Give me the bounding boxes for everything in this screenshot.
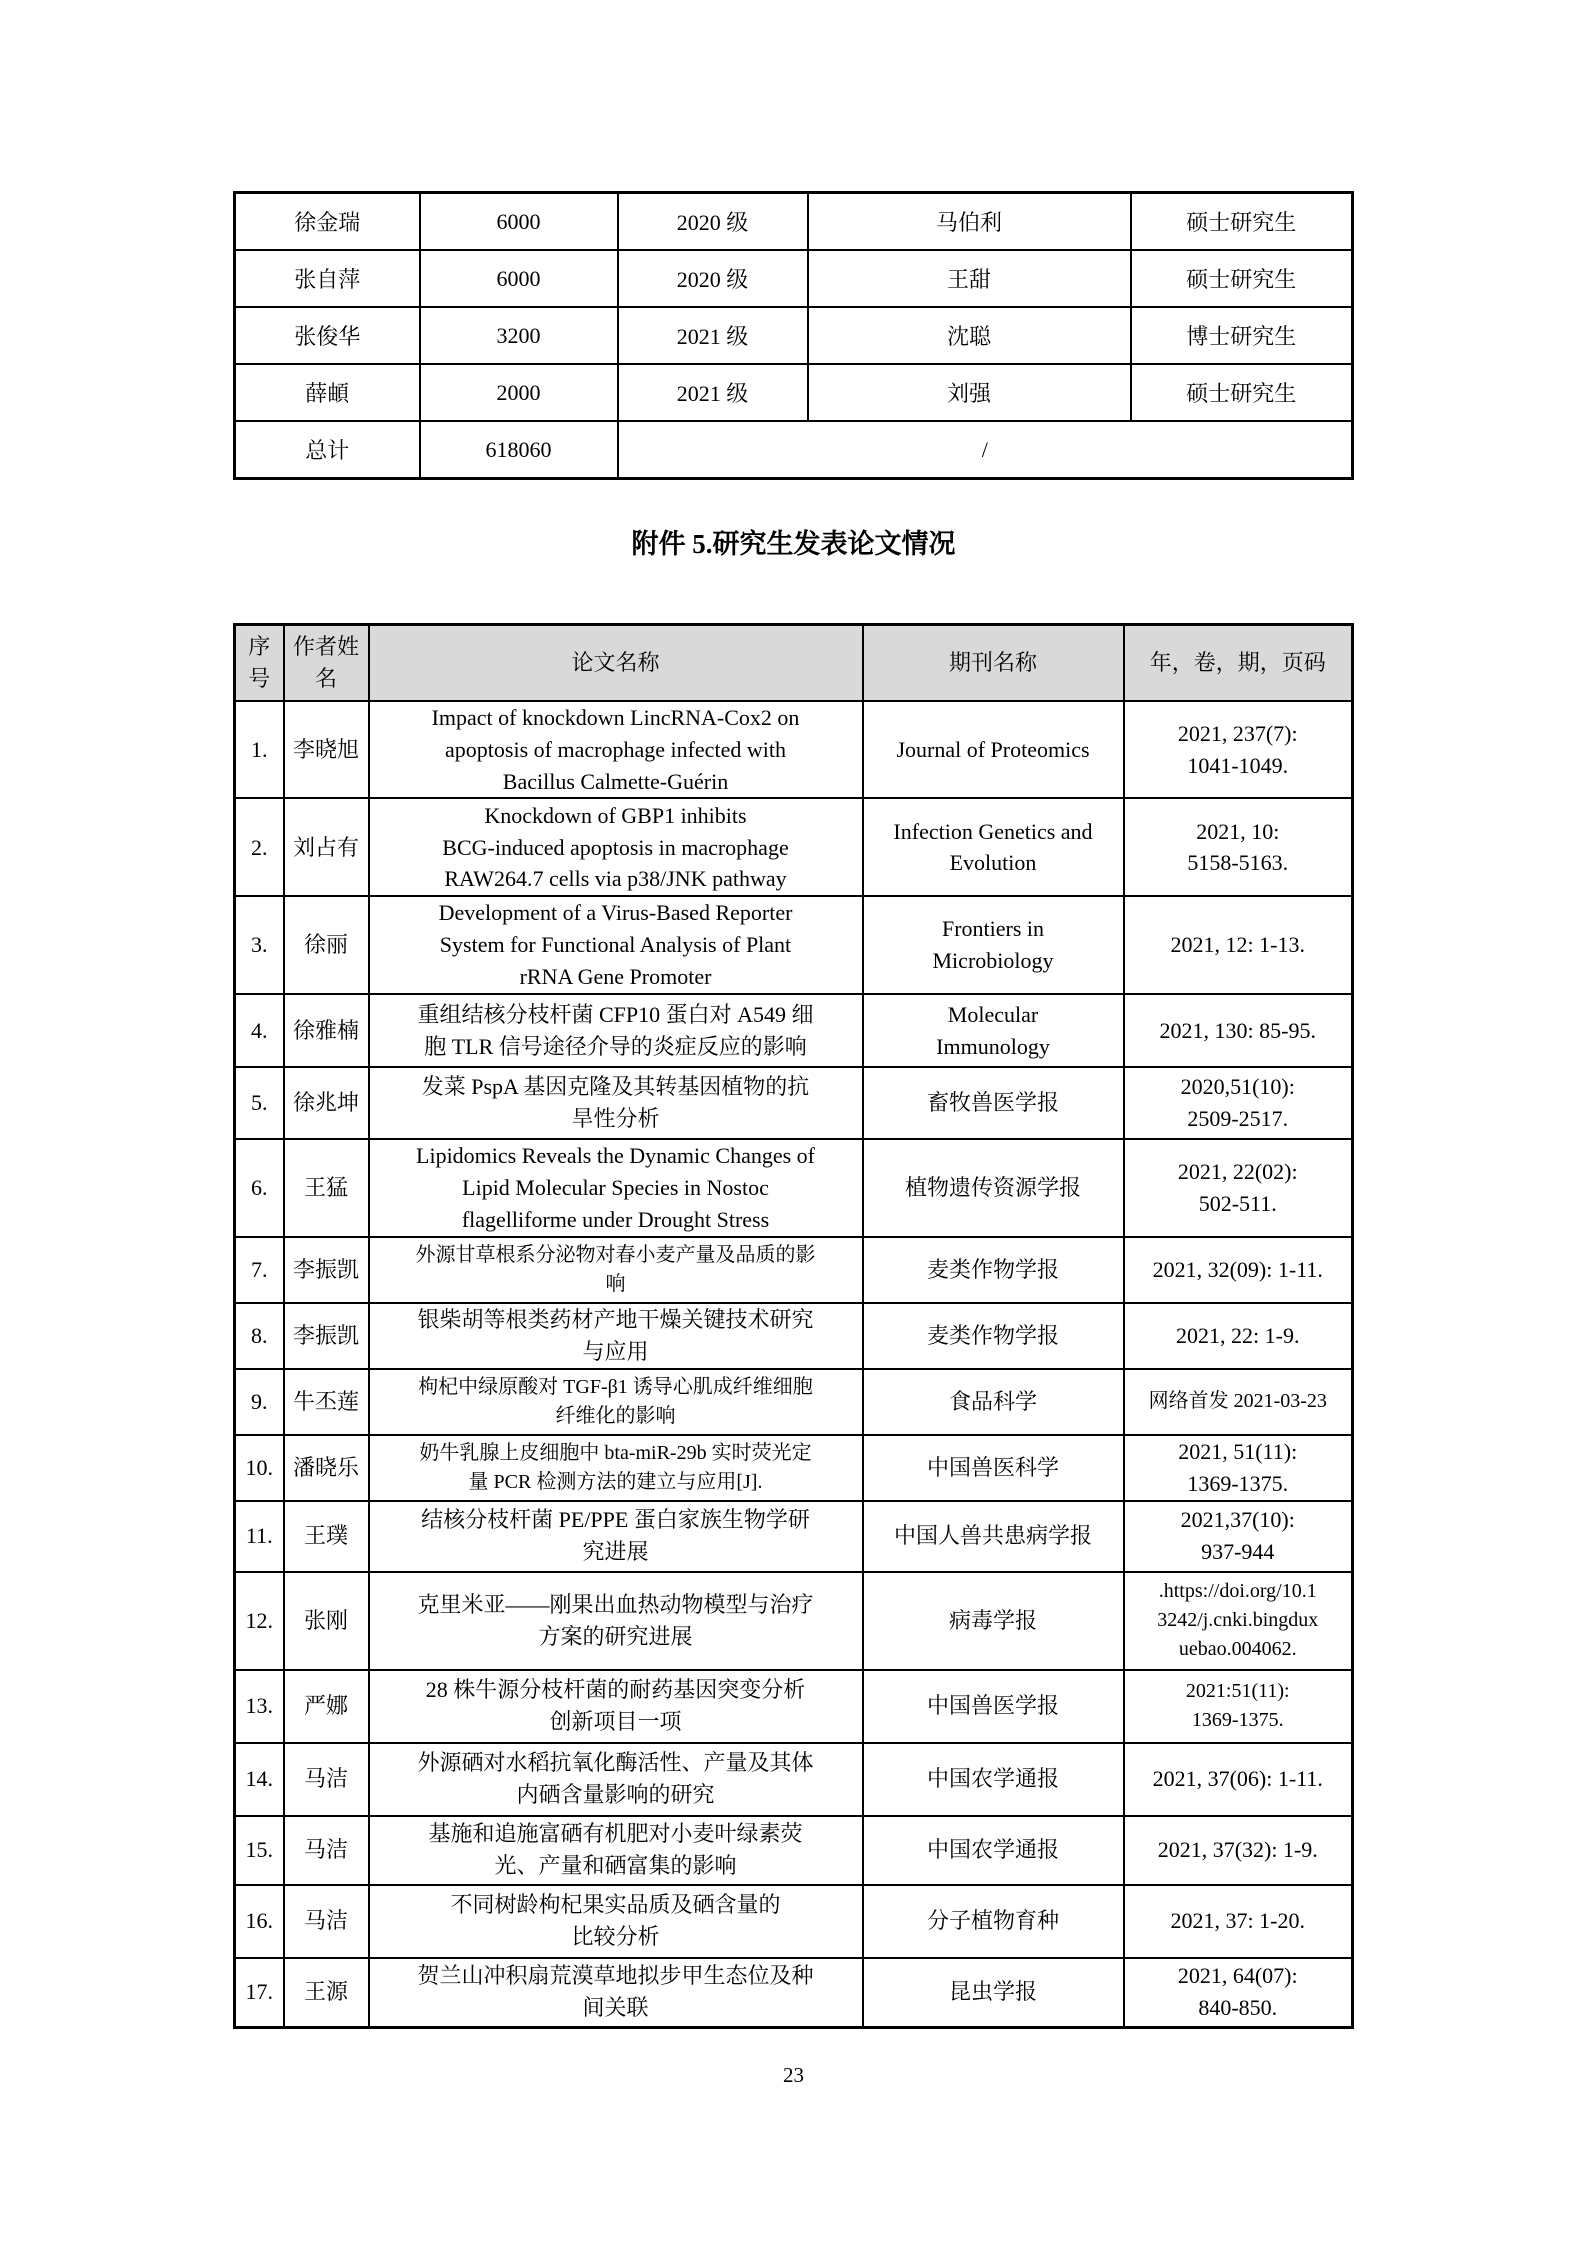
- paper-no: 15.: [235, 1816, 284, 1885]
- paper-title: 克里米亚——刚果出血热动物模型与治疗 方案的研究进展: [369, 1572, 863, 1670]
- papers-header-journal: 期刊名称: [863, 624, 1124, 701]
- paper-title: 发菜 PspA 基因克隆及其转基因植物的抗 旱性分析: [369, 1067, 863, 1139]
- paper-no: 12.: [235, 1572, 284, 1670]
- funding-cell-type: 硕士研究生: [1131, 364, 1353, 421]
- funding-cell-grade: 2021 级: [618, 364, 808, 421]
- document-page: 徐金瑞60002020 级马伯利硕士研究生张自萍60002020 级王甜硕士研究…: [0, 0, 1587, 2245]
- paper-ref: 2021, 12: 1-13.: [1124, 896, 1353, 994]
- paper-row: 3.徐丽Development of a Virus-Based Reporte…: [235, 896, 1353, 994]
- funding-row: 徐金瑞60002020 级马伯利硕士研究生: [235, 193, 1353, 251]
- funding-cell-amount: 6000: [420, 250, 618, 307]
- paper-row: 16.马洁不同树龄枸杞果实品质及硒含量的 比较分析分子植物育种2021, 37:…: [235, 1885, 1353, 1958]
- funding-row: 薛頔20002021 级刘强硕士研究生: [235, 364, 1353, 421]
- funding-cell-grade: 2020 级: [618, 193, 808, 251]
- paper-journal: 麦类作物学报: [863, 1303, 1124, 1369]
- paper-title: 枸杞中绿原酸对 TGF-β1 诱导心肌成纤维细胞 纤维化的影响: [369, 1369, 863, 1435]
- paper-author: 马洁: [284, 1743, 369, 1816]
- paper-no: 13.: [235, 1670, 284, 1743]
- paper-title: 外源甘草根系分泌物对春小麦产量及品质的影 响: [369, 1237, 863, 1303]
- paper-no: 11.: [235, 1501, 284, 1572]
- paper-ref: 2021,37(10): 937-944: [1124, 1501, 1353, 1572]
- funding-cell-supervisor: 王甜: [808, 250, 1131, 307]
- paper-row: 12.张刚克里米亚——刚果出血热动物模型与治疗 方案的研究进展病毒学报.http…: [235, 1572, 1353, 1670]
- paper-title: 重组结核分枝杆菌 CFP10 蛋白对 A549 细 胞 TLR 信号途径介导的炎…: [369, 994, 863, 1067]
- paper-author: 马洁: [284, 1816, 369, 1885]
- paper-ref: 2021, 32(09): 1-11.: [1124, 1237, 1353, 1303]
- paper-row: 8.李振凯银柴胡等根类药材产地干燥关键技术研究 与应用麦类作物学报2021, 2…: [235, 1303, 1353, 1369]
- paper-row: 9.牛丕莲枸杞中绿原酸对 TGF-β1 诱导心肌成纤维细胞 纤维化的影响食品科学…: [235, 1369, 1353, 1435]
- paper-journal: Frontiers in Microbiology: [863, 896, 1124, 994]
- paper-no: 4.: [235, 994, 284, 1067]
- paper-no: 5.: [235, 1067, 284, 1139]
- paper-author: 马洁: [284, 1885, 369, 1958]
- funding-cell-supervisor: 刘强: [808, 364, 1131, 421]
- paper-row: 2.刘占有Knockdown of GBP1 inhibits BCG-indu…: [235, 798, 1353, 896]
- paper-author: 严娜: [284, 1670, 369, 1743]
- funding-cell-supervisor: 马伯利: [808, 193, 1131, 251]
- paper-author: 刘占有: [284, 798, 369, 896]
- paper-ref: 2020,51(10): 2509-2517.: [1124, 1067, 1353, 1139]
- paper-ref: 2021, 130: 85-95.: [1124, 994, 1353, 1067]
- paper-no: 10.: [235, 1435, 284, 1501]
- paper-journal: 中国农学通报: [863, 1743, 1124, 1816]
- paper-title: 基施和追施富硒有机肥对小麦叶绿素荧 光、产量和硒富集的影响: [369, 1816, 863, 1885]
- papers-header-ref: 年，卷，期，页码: [1124, 624, 1353, 701]
- paper-journal: 中国农学通报: [863, 1816, 1124, 1885]
- paper-ref: 2021, 37(32): 1-9.: [1124, 1816, 1353, 1885]
- funding-total-label: 总计: [235, 421, 420, 479]
- paper-no: 6.: [235, 1139, 284, 1237]
- paper-ref: .https://doi.org/10.1 3242/j.cnki.bingdu…: [1124, 1572, 1353, 1670]
- paper-journal: 中国兽医学报: [863, 1670, 1124, 1743]
- funding-total-rest: /: [618, 421, 1353, 479]
- paper-title: 结核分枝杆菌 PE/PPE 蛋白家族生物学研 究进展: [369, 1501, 863, 1572]
- paper-journal: 昆虫学报: [863, 1958, 1124, 2028]
- paper-no: 3.: [235, 896, 284, 994]
- funding-total-row: 总计618060/: [235, 421, 1353, 479]
- paper-author: 徐兆坤: [284, 1067, 369, 1139]
- paper-journal: Journal of Proteomics: [863, 701, 1124, 799]
- paper-journal: 分子植物育种: [863, 1885, 1124, 1958]
- attachment-heading: 附件 5.研究生发表论文情况: [0, 526, 1587, 564]
- funding-total-amount: 618060: [420, 421, 618, 479]
- paper-author: 李振凯: [284, 1303, 369, 1369]
- funding-cell-supervisor: 沈聪: [808, 307, 1131, 364]
- paper-journal: 病毒学报: [863, 1572, 1124, 1670]
- funding-row: 张自萍60002020 级王甜硕士研究生: [235, 250, 1353, 307]
- funding-cell-type: 硕士研究生: [1131, 250, 1353, 307]
- paper-ref: 2021, 64(07): 840-850.: [1124, 1958, 1353, 2028]
- funding-cell-amount: 2000: [420, 364, 618, 421]
- paper-title: 贺兰山冲积扇荒漠草地拟步甲生态位及种 间关联: [369, 1958, 863, 2028]
- funding-cell-name: 薛頔: [235, 364, 420, 421]
- papers-header-no: 序号: [235, 624, 284, 701]
- paper-no: 7.: [235, 1237, 284, 1303]
- paper-author: 李振凯: [284, 1237, 369, 1303]
- paper-ref: 2021, 22(02): 502-511.: [1124, 1139, 1353, 1237]
- papers-table-header-row: 序号作者姓名论文名称期刊名称年，卷，期，页码: [235, 624, 1353, 701]
- paper-journal: 食品科学: [863, 1369, 1124, 1435]
- paper-row: 1.李晓旭Impact of knockdown LincRNA-Cox2 on…: [235, 701, 1353, 799]
- paper-author: 牛丕莲: [284, 1369, 369, 1435]
- papers-table-body: 1.李晓旭Impact of knockdown LincRNA-Cox2 on…: [235, 701, 1353, 2028]
- paper-row: 17.王源贺兰山冲积扇荒漠草地拟步甲生态位及种 间关联昆虫学报2021, 64(…: [235, 1958, 1353, 2028]
- paper-ref: 2021, 22: 1-9.: [1124, 1303, 1353, 1369]
- paper-title: 28 株牛源分枝杆菌的耐药基因突变分析 创新项目一项: [369, 1670, 863, 1743]
- paper-journal: Molecular Immunology: [863, 994, 1124, 1067]
- funding-table-body: 徐金瑞60002020 级马伯利硕士研究生张自萍60002020 级王甜硕士研究…: [235, 193, 1353, 479]
- paper-title: 银柴胡等根类药材产地干燥关键技术研究 与应用: [369, 1303, 863, 1369]
- paper-journal: 中国兽医科学: [863, 1435, 1124, 1501]
- paper-author: 张刚: [284, 1572, 369, 1670]
- paper-journal: 畜牧兽医学报: [863, 1067, 1124, 1139]
- funding-cell-type: 博士研究生: [1131, 307, 1353, 364]
- paper-title: Impact of knockdown LincRNA-Cox2 on apop…: [369, 701, 863, 799]
- paper-row: 13.严娜28 株牛源分枝杆菌的耐药基因突变分析 创新项目一项中国兽医学报202…: [235, 1670, 1353, 1743]
- paper-ref: 2021, 10: 5158-5163.: [1124, 798, 1353, 896]
- paper-ref: 2021:51(11): 1369-1375.: [1124, 1670, 1353, 1743]
- paper-title: 奶牛乳腺上皮细胞中 bta-miR-29b 实时荧光定 量 PCR 检测方法的建…: [369, 1435, 863, 1501]
- paper-no: 2.: [235, 798, 284, 896]
- paper-ref: 网络首发 2021-03-23: [1124, 1369, 1353, 1435]
- paper-row: 5.徐兆坤发菜 PspA 基因克隆及其转基因植物的抗 旱性分析畜牧兽医学报202…: [235, 1067, 1353, 1139]
- paper-no: 17.: [235, 1958, 284, 2028]
- paper-journal: 植物遗传资源学报: [863, 1139, 1124, 1237]
- paper-journal: 麦类作物学报: [863, 1237, 1124, 1303]
- paper-row: 7.李振凯外源甘草根系分泌物对春小麦产量及品质的影 响麦类作物学报2021, 3…: [235, 1237, 1353, 1303]
- paper-no: 16.: [235, 1885, 284, 1958]
- funding-cell-type: 硕士研究生: [1131, 193, 1353, 251]
- paper-title: Lipidomics Reveals the Dynamic Changes o…: [369, 1139, 863, 1237]
- paper-ref: 2021, 37: 1-20.: [1124, 1885, 1353, 1958]
- paper-author: 王璞: [284, 1501, 369, 1572]
- funding-cell-amount: 6000: [420, 193, 618, 251]
- paper-title: Knockdown of GBP1 inhibits BCG-induced a…: [369, 798, 863, 896]
- paper-title: 不同树龄枸杞果实品质及硒含量的 比较分析: [369, 1885, 863, 1958]
- papers-header-author: 作者姓名: [284, 624, 369, 701]
- funding-cell-grade: 2021 级: [618, 307, 808, 364]
- paper-ref: 2021, 237(7): 1041-1049.: [1124, 701, 1353, 799]
- paper-row: 15.马洁基施和追施富硒有机肥对小麦叶绿素荧 光、产量和硒富集的影响中国农学通报…: [235, 1816, 1353, 1885]
- paper-author: 潘晓乐: [284, 1435, 369, 1501]
- paper-no: 9.: [235, 1369, 284, 1435]
- paper-author: 徐丽: [284, 896, 369, 994]
- paper-row: 11.王璞结核分枝杆菌 PE/PPE 蛋白家族生物学研 究进展中国人兽共患病学报…: [235, 1501, 1353, 1572]
- paper-author: 王源: [284, 1958, 369, 2028]
- paper-ref: 2021, 51(11): 1369-1375.: [1124, 1435, 1353, 1501]
- paper-author: 李晓旭: [284, 701, 369, 799]
- paper-title: Development of a Virus-Based Reporter Sy…: [369, 896, 863, 994]
- paper-row: 14.马洁外源硒对水稻抗氧化酶活性、产量及其体 内硒含量影响的研究中国农学通报2…: [235, 1743, 1353, 1816]
- paper-row: 6.王猛Lipidomics Reveals the Dynamic Chang…: [235, 1139, 1353, 1237]
- paper-no: 1.: [235, 701, 284, 799]
- paper-ref: 2021, 37(06): 1-11.: [1124, 1743, 1353, 1816]
- paper-row: 10.潘晓乐奶牛乳腺上皮细胞中 bta-miR-29b 实时荧光定 量 PCR …: [235, 1435, 1353, 1501]
- paper-row: 4.徐雅楠重组结核分枝杆菌 CFP10 蛋白对 A549 细 胞 TLR 信号途…: [235, 994, 1353, 1067]
- paper-journal: 中国人兽共患病学报: [863, 1501, 1124, 1572]
- funding-cell-grade: 2020 级: [618, 250, 808, 307]
- funding-cell-name: 张俊华: [235, 307, 420, 364]
- funding-cell-amount: 3200: [420, 307, 618, 364]
- papers-header-title: 论文名称: [369, 624, 863, 701]
- paper-author: 徐雅楠: [284, 994, 369, 1067]
- paper-no: 8.: [235, 1303, 284, 1369]
- funding-cell-name: 徐金瑞: [235, 193, 420, 251]
- funding-table: 徐金瑞60002020 级马伯利硕士研究生张自萍60002020 级王甜硕士研究…: [233, 191, 1354, 480]
- funding-row: 张俊华32002021 级沈聪博士研究生: [235, 307, 1353, 364]
- papers-table: 序号作者姓名论文名称期刊名称年，卷，期，页码 1.李晓旭Impact of kn…: [233, 623, 1354, 2029]
- paper-author: 王猛: [284, 1139, 369, 1237]
- funding-cell-name: 张自萍: [235, 250, 420, 307]
- paper-title: 外源硒对水稻抗氧化酶活性、产量及其体 内硒含量影响的研究: [369, 1743, 863, 1816]
- page-number: 23: [0, 2063, 1587, 2088]
- paper-no: 14.: [235, 1743, 284, 1816]
- paper-journal: Infection Genetics and Evolution: [863, 798, 1124, 896]
